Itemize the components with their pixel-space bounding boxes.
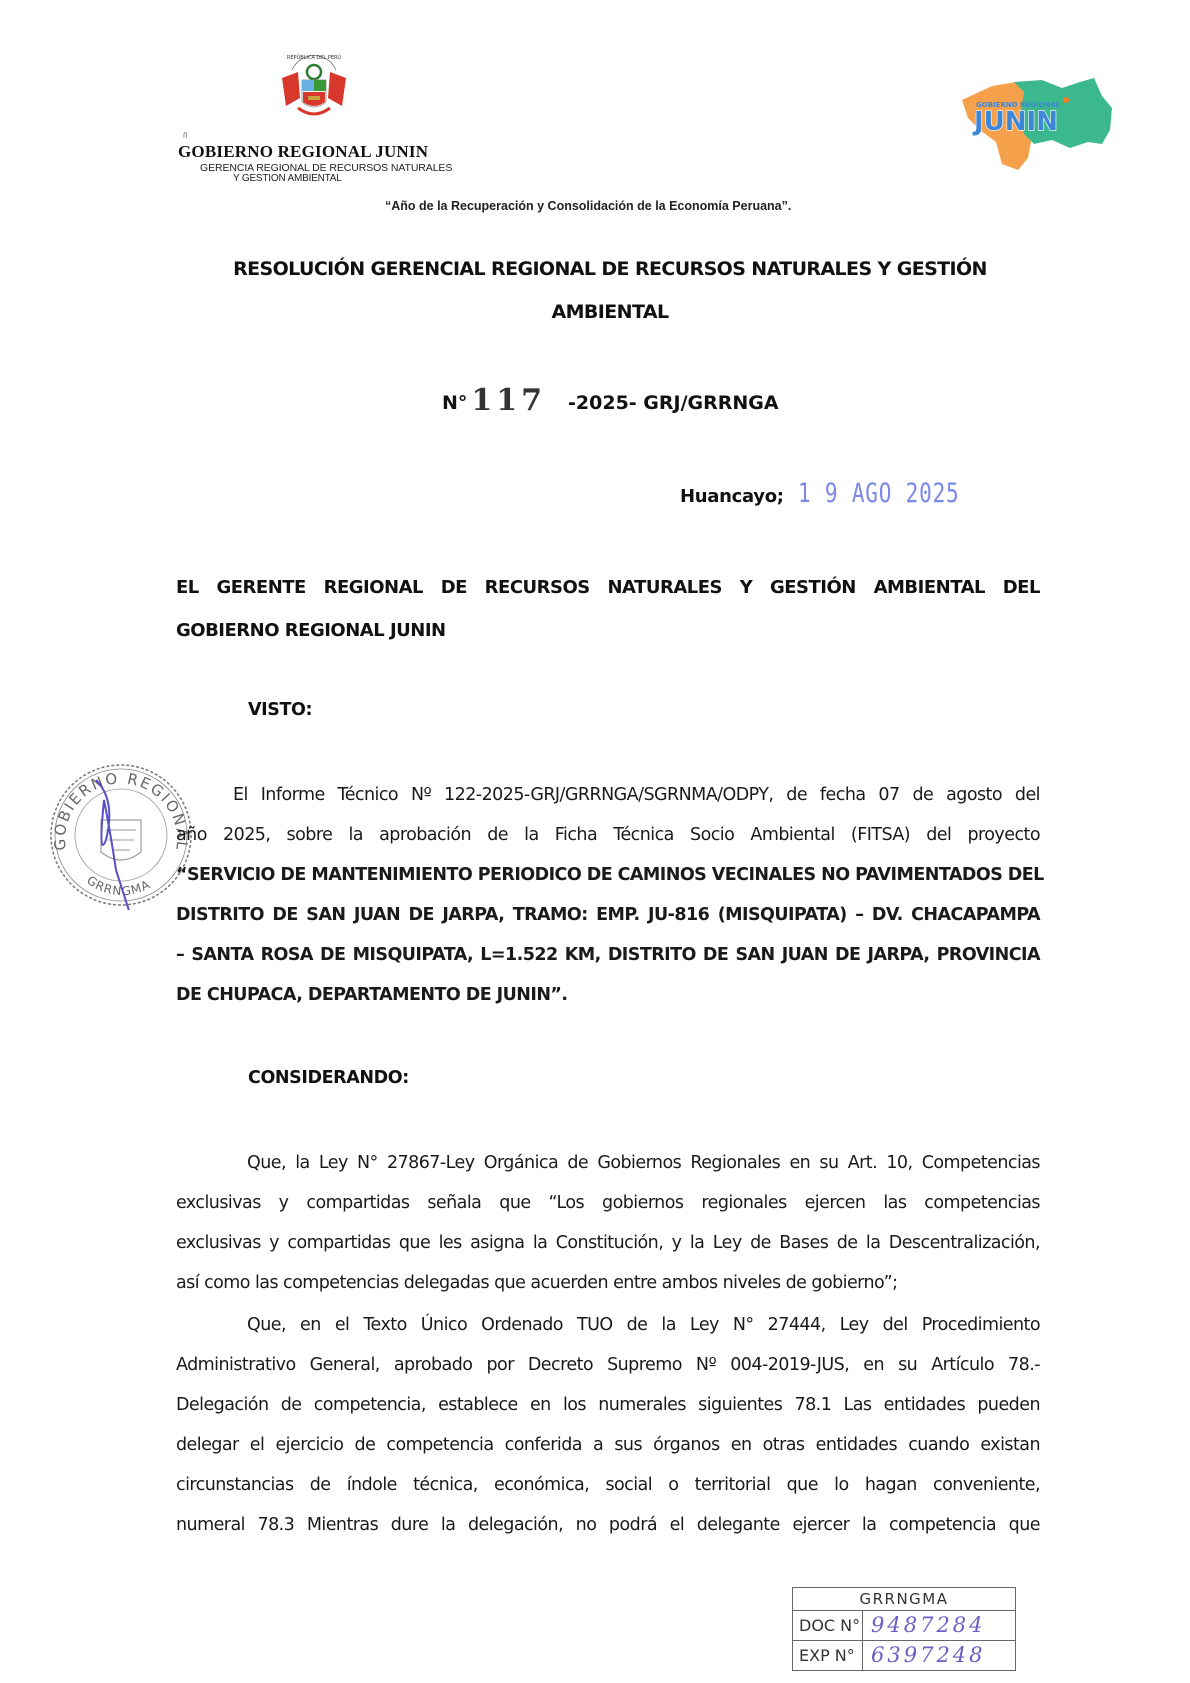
paragraph-line: Administrativo General, aprobado por Dec… xyxy=(176,1345,1040,1385)
authority-word: DEL xyxy=(1003,566,1040,609)
paragraph-line: exclusivas y compartidas que les asigna … xyxy=(176,1223,1040,1263)
paragraph-line: Que, en el Texto Único Ordenado TUO de l… xyxy=(176,1305,1040,1345)
considerando-heading: CONSIDERANDO: xyxy=(248,1068,409,1088)
peru-coat-of-arms-icon: REPÚBLICA DEL PERÚ xyxy=(278,50,350,128)
department-name-line2: Y GESTION AMBIENTAL xyxy=(233,173,342,184)
resolution-number: N°117-2025- GRJ/GRRNGA xyxy=(442,382,779,417)
doc-number-row: DOC N° 9487284 xyxy=(793,1611,1015,1641)
authority-word: GESTIÓN xyxy=(770,566,856,609)
svg-text:REPÚBLICA DEL PERÚ: REPÚBLICA DEL PERÚ xyxy=(287,54,342,61)
registry-header: GRRNGMA xyxy=(793,1588,1015,1611)
resolution-title-line2: AMBIENTAL xyxy=(0,301,1190,323)
year-motto: “Año de la Recuperación y Consolidación … xyxy=(385,199,791,213)
authority-line2: GOBIERNO REGIONAL JUNIN xyxy=(176,609,1040,652)
svg-text:JUNIN: JUNIN xyxy=(972,107,1058,137)
official-seal-icon: GOBIERNO REGIONAL JUNIN GRRNGMA xyxy=(46,760,196,910)
paragraph-line: exclusivas y compartidas señala que “Los… xyxy=(176,1183,1040,1223)
exp-number-label: EXP N° xyxy=(793,1641,863,1670)
project-name-line: DISTRITO DE SAN JUAN DE JARPA, TRAMO: EM… xyxy=(176,895,1040,935)
project-name-line: “SERVICIO DE MANTENIMIENTO PERIODICO DE … xyxy=(176,855,1040,895)
city: Huancayo; xyxy=(680,486,784,507)
authority-word: AMBIENTAL xyxy=(874,566,985,609)
considerando-paragraph-2: Que, en el Texto Único Ordenado TUO de l… xyxy=(176,1305,1040,1545)
considerando-paragraph-1: Que, la Ley N° 27867-Ley Orgánica de Gob… xyxy=(176,1143,1040,1303)
svg-text:GOBIERNO REGIONAL JUNIN: GOBIERNO REGIONAL JUNIN xyxy=(46,760,191,853)
visto-line: año 2025, sobre la aprobación de la Fich… xyxy=(176,815,1040,855)
authority-word: DE xyxy=(441,566,467,609)
paragraph-line: Que, la Ley N° 27867-Ley Orgánica de Gob… xyxy=(176,1143,1040,1183)
scan-mark: ñ xyxy=(183,125,187,143)
date-stamp: 1 9 AGO 2025 xyxy=(798,478,960,509)
paragraph-line: circunstancias de índole técnica, económ… xyxy=(176,1465,1040,1505)
authority-word: GERENTE xyxy=(216,566,305,609)
authority-word: RECURSOS xyxy=(485,566,590,609)
visto-paragraph: El Informe Técnico Nº 122-2025-GRJ/GRRNG… xyxy=(176,775,1040,1015)
paragraph-line: Delegación de competencia, establece en … xyxy=(176,1385,1040,1425)
authority-word: Y xyxy=(740,566,753,609)
doc-number-label: DOC N° xyxy=(793,1611,863,1640)
authority-word: REGIONAL xyxy=(324,566,423,609)
number-label: N° xyxy=(442,392,467,414)
number-suffix: -2025- GRJ/GRRNGA xyxy=(568,392,779,414)
doc-number-value: 9487284 xyxy=(863,1611,1015,1640)
resolution-title-line1: RESOLUCIÓN GERENCIAL REGIONAL DE RECURSO… xyxy=(0,258,1190,280)
paragraph-line: delegar el ejercicio de competencia conf… xyxy=(176,1425,1040,1465)
institution-name: GOBIERNO REGIONAL JUNIN xyxy=(178,142,428,162)
exp-number-value: 6397248 xyxy=(863,1641,1015,1670)
visto-line: El Informe Técnico Nº 122-2025-GRJ/GRRNG… xyxy=(176,775,1040,815)
project-name-line: DE CHUPACA, DEPARTAMENTO DE JUNIN”. xyxy=(176,975,1040,1015)
visto-heading: VISTO: xyxy=(248,700,312,720)
exp-number-row: EXP N° 6397248 xyxy=(793,1641,1015,1670)
paragraph-line: así como las competencias delegadas que … xyxy=(176,1263,1040,1303)
junin-region-logo-icon: GOBIERNO REGIONAL JUNIN xyxy=(962,78,1114,170)
registry-stamp: GRRNGMA DOC N° 9487284 EXP N° 6397248 xyxy=(792,1587,1016,1671)
authority-line1: ELGERENTEREGIONALDERECURSOSNATURALESYGES… xyxy=(176,566,1040,609)
place-and-date: Huancayo;1 9 AGO 2025 xyxy=(680,478,1005,509)
number-value: 117 xyxy=(471,383,546,418)
issuing-authority: ELGERENTEREGIONALDERECURSOSNATURALESYGES… xyxy=(176,566,1040,652)
paragraph-line: numeral 78.3 Mientras dure la delegación… xyxy=(176,1505,1040,1545)
authority-word: NATURALES xyxy=(607,566,722,609)
authority-word: EL xyxy=(176,566,199,609)
project-name-line: – SANTA ROSA DE MISQUIPATA, L=1.522 KM, … xyxy=(176,935,1040,975)
